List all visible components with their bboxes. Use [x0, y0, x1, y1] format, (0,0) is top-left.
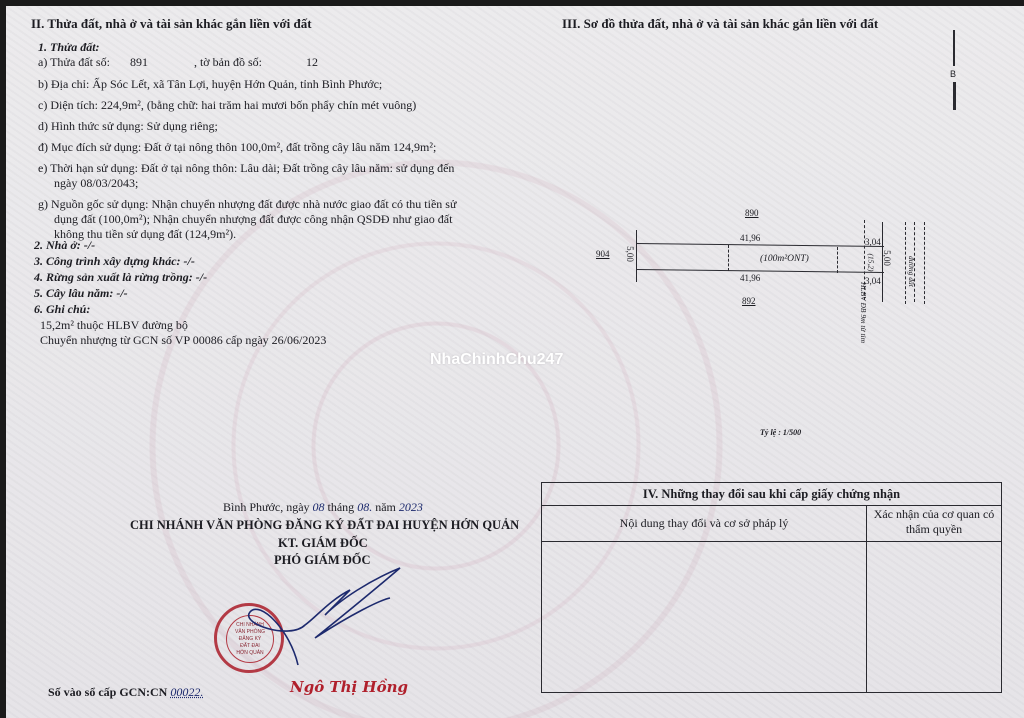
usage-form-line: d) Hình thức sử dụng: Sử dụng riêng; [38, 119, 218, 134]
place-date: Bình Phước, ngày 08 tháng 08. năm 2023 [223, 500, 423, 515]
registry-line: Số vào sổ cấp GCN:CN 00022. [48, 685, 203, 700]
place-date-prefix: Bình Phước, ngày [223, 500, 310, 514]
term-line-2: ngày 08/03/2043; [54, 176, 138, 191]
land-subtitle: 1. Thửa đất: [38, 40, 100, 55]
origin-line-1: g) Nguồn gốc sử dụng: Nhận chuyển nhượng… [38, 197, 456, 212]
parcel-label: a) Thửa đất số: [38, 55, 110, 69]
house-item: 2. Nhà ở: -/- [34, 238, 95, 253]
parcel-center-label: (100m²ONT) [760, 254, 809, 264]
map-sheet-number: 12 [306, 55, 318, 69]
sign-month: 08. [357, 500, 372, 514]
section-ii-title: II. Thửa đất, nhà ở và tài sản khác gắn … [31, 16, 312, 32]
note-1: 15,2m² thuộc HLBV đường bộ [40, 318, 188, 333]
right-width: 5,00 [882, 250, 892, 266]
hlbv-area: (15,2) [867, 253, 876, 271]
term-line-1: e) Thời hạn sử dụng: Đất ở tại nông thôn… [38, 161, 454, 176]
registry-number: 00022. [170, 685, 203, 699]
purpose-line: đ) Mục đích sử dụng: Đất ở tại nông thôn… [38, 140, 436, 155]
neighbor-890: 890 [745, 208, 759, 218]
scale-label: Tỷ lệ : 1/500 [760, 428, 801, 437]
map-sheet-label: , tờ bản đồ số: [194, 55, 262, 69]
changes-table-title: IV. Những thay đổi sau khi cấp giấy chứn… [542, 483, 1001, 506]
perennial-item: 5. Cây lâu năm: -/- [34, 286, 128, 301]
parcel-line: a) Thửa đất số: 891 , tờ bản đồ số: 12 [38, 55, 318, 70]
registry-label: Số vào sổ cấp GCN:CN [48, 685, 167, 699]
parcel-number: 891 [130, 55, 148, 69]
issuing-office: CHI NHÁNH VĂN PHÒNG ĐĂNG KÝ ĐẤT ĐAI HUYỆ… [130, 518, 519, 533]
address-line: b) Địa chỉ: Ấp Sóc Lết, xã Tân Lợi, huyệ… [38, 77, 382, 92]
area-line: c) Diện tích: 224,9m², (bằng chữ: hai tr… [38, 98, 416, 113]
sign-day: 08 [313, 500, 325, 514]
hlbv-note: HLBV ĐB 9m từ tim [859, 282, 868, 343]
year-label: năm [375, 500, 396, 514]
notes-title: 6. Ghi chú: [34, 302, 90, 317]
left-width: 5,00 [625, 246, 635, 262]
other-construction-item: 3. Công trình xây dựng khác: -/- [34, 254, 195, 269]
note-2: Chuyển nhượng từ GCN số VP 00086 cấp ngà… [40, 333, 326, 348]
origin-line-2: dụng đất (100,0m²); Nhận chuyển nhượng đ… [54, 212, 452, 227]
signer-name: Ngô Thị Hồng [290, 678, 408, 696]
signer-title-1: KT. GIÁM ĐỐC [278, 536, 368, 551]
north-label: B [950, 69, 956, 79]
top-right-segment: 3,04 [865, 237, 881, 247]
section-iii-title: III. Sơ đồ thửa đất, nhà ở và tài sản kh… [562, 16, 878, 32]
month-label: tháng [328, 500, 355, 514]
watermark: NhaChinhChu247 [430, 351, 563, 369]
neighbor-892: 892 [742, 296, 756, 306]
column-header-content: Nội dung thay đổi và cơ sở pháp lý [542, 505, 866, 541]
forest-item: 4. Rừng sản xuất là rừng trồng: -/- [34, 270, 207, 285]
signature-scribble [220, 560, 420, 680]
column-header-authority: Xác nhận của cơ quan có thẩm quyền [867, 507, 1001, 537]
bottom-length: 41,96 [740, 273, 760, 283]
neighbor-904: 904 [596, 249, 610, 259]
changes-table: IV. Những thay đổi sau khi cấp giấy chứn… [541, 482, 1002, 693]
sign-year: 2023 [399, 500, 423, 514]
road-label: đường đất [907, 256, 916, 287]
top-length: 41,96 [740, 233, 760, 243]
